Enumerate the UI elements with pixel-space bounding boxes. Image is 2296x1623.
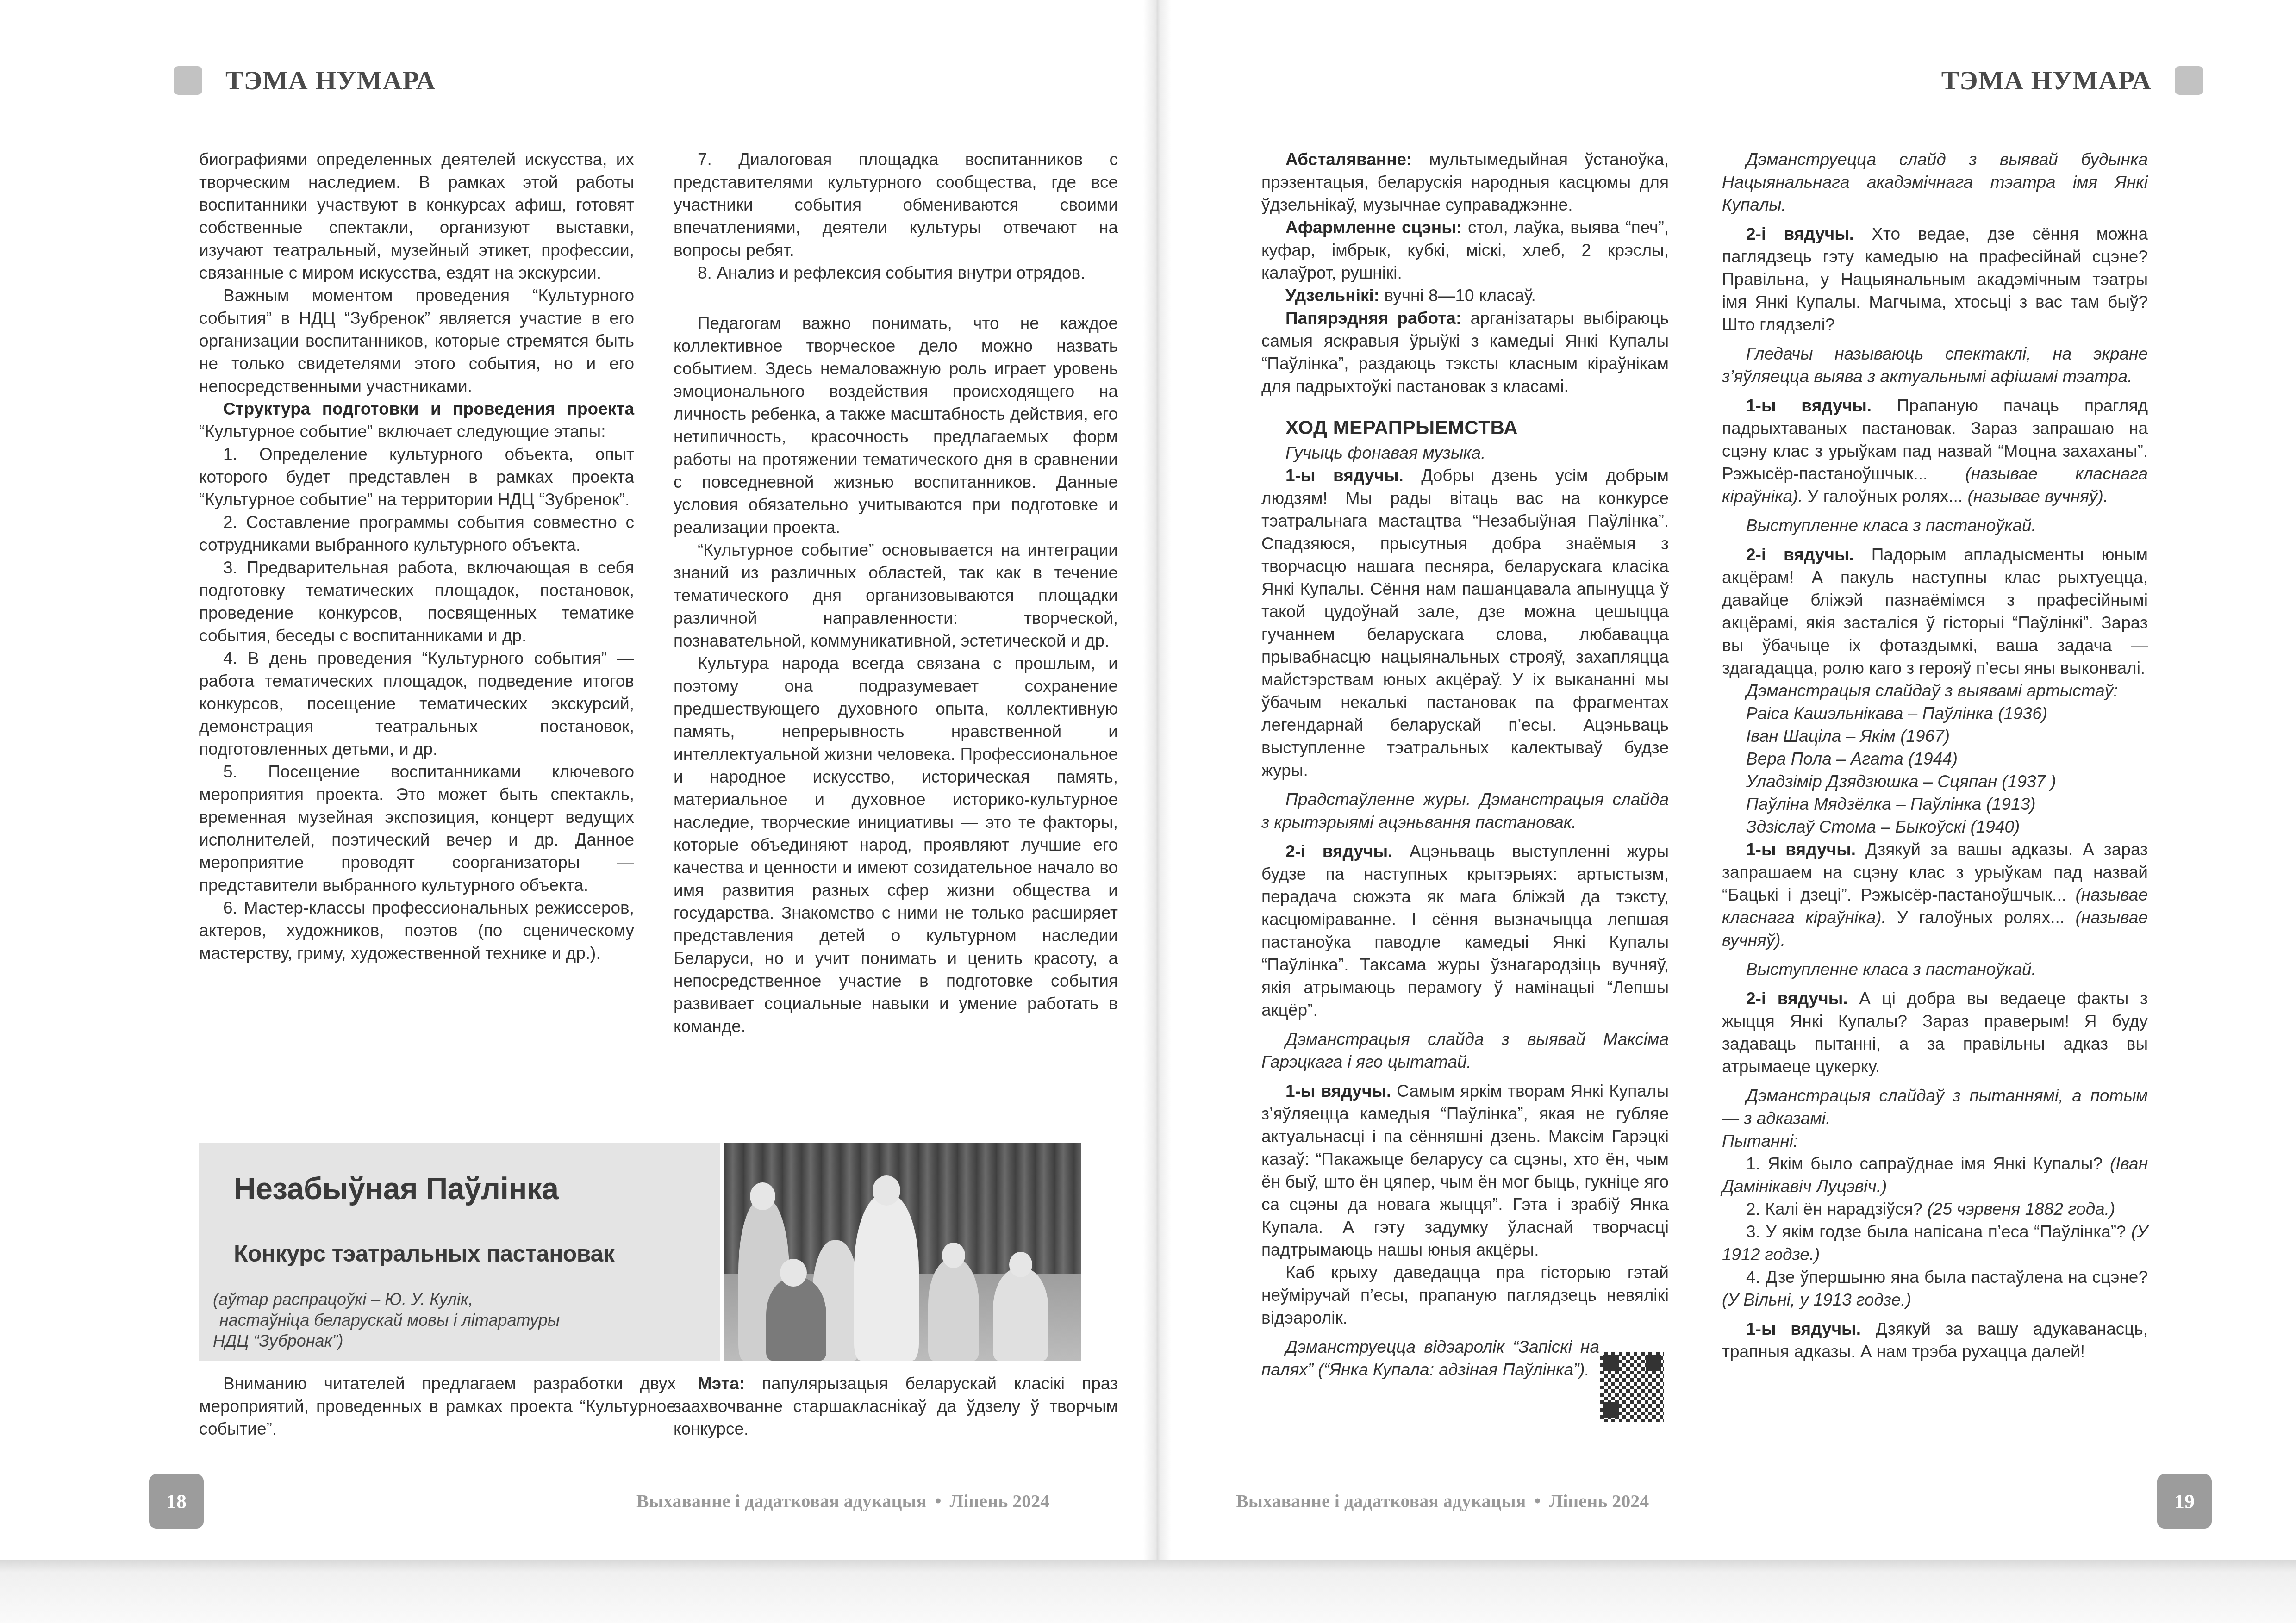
bold-lead: Структура подготовки и проведения проект…: [223, 399, 634, 418]
article-title: Незабыўная Паўлінка: [234, 1171, 558, 1206]
right-column-2: Дэманструецца слайд з выявай будынка Нац…: [1722, 148, 2148, 1363]
list-item: 2. Составление программы события совмест…: [199, 511, 634, 556]
actor-item: Іван Шаціла – Якім (1967): [1722, 725, 2148, 747]
section-tag-icon: [2175, 66, 2203, 95]
actor-item: Уладзімір Дзядзюшка – Сцяпан (1937 ): [1722, 770, 2148, 793]
paragraph: Педагогам важно понимать, что не каждое …: [674, 312, 1118, 539]
journal-footer: Выхаванне і дадатковая адукацыя•Ліпень 2…: [636, 1490, 1049, 1512]
actor-item: Здзіслаў Стома – Быкоўскі (1940): [1722, 815, 2148, 838]
list-item: 5. Посещение воспитанниками ключевого ме…: [199, 760, 634, 896]
page-number: 18: [149, 1474, 204, 1529]
left-column-1: биографиями определенных деятелей искусс…: [199, 148, 634, 964]
list-item: 6. Мастер-классы профессиональных режисс…: [199, 896, 634, 964]
right-column-1: Абсталяванне: мультымедыйная ўстаноўка, …: [1261, 148, 1669, 1381]
paragraph: Важным моментом проведения “Культурного …: [199, 284, 634, 398]
left-column-2: 7. Диалоговая площадка воспитанников с п…: [674, 148, 1118, 1038]
article-author: (аўтар распрацоўкі – Ю. У. Кулік, настаў…: [213, 1289, 560, 1351]
article-subtitle: Конкурс тэатральных пастановак: [234, 1240, 614, 1267]
actor-item: Паўліна Мядзёлка – Паўлінка (1913): [1722, 793, 2148, 815]
list-item: 1. Определение культурного объекта, опыт…: [199, 443, 634, 511]
left-page: ТЭМА НУМАРА биографиями определенных дея…: [0, 0, 1153, 1623]
actor-item: Раіса Кашэльнікава – Паўлінка (1936): [1722, 702, 2148, 725]
journal-footer: Выхаванне і дадатковая адукацыя•Ліпень 2…: [1236, 1490, 1649, 1512]
section-header: ТЭМА НУМАРА: [174, 65, 436, 96]
section-title: ТЭМА НУМАРА: [1941, 65, 2152, 96]
book-spine: [1143, 0, 1171, 1623]
list-item: 8. Анализ и рефлексия события внутри отр…: [674, 261, 1118, 284]
intro-text: Вниманию читателей предлагаем разработки…: [199, 1372, 676, 1440]
question-item: 4. Дзе ўпершыню яна была пастаўлена на с…: [1722, 1266, 2148, 1311]
section-heading: ХОД МЕРАПРЫЕМСТВА: [1285, 416, 1669, 439]
paragraph: “Культурное событие” основывается на инт…: [674, 539, 1118, 652]
list-item: 4. В день проведения “Культурного событи…: [199, 647, 634, 760]
question-item: 2. Калі ён нарадзіўся? (25 чэрвеня 1882 …: [1722, 1198, 2148, 1220]
paragraph: Структура подготовки и проведения проект…: [199, 398, 634, 443]
page-number: 19: [2157, 1474, 2212, 1529]
goal-label: Мэта:: [698, 1374, 745, 1393]
actor-item: Вера Пола – Агата (1944): [1722, 747, 2148, 770]
qr-code[interactable]: [1599, 1351, 1665, 1423]
theatre-performance-photo: [724, 1143, 1081, 1361]
article-title-box: Незабыўная Паўлінка Конкурс тэатральных …: [199, 1143, 720, 1361]
section-title: ТЭМА НУМАРА: [225, 65, 436, 96]
paragraph: Культура народа всегда связана с прошлым…: [674, 652, 1118, 1038]
page-bottom-edge: [0, 1560, 2296, 1623]
paragraph: биографиями определенных деятелей искусс…: [199, 148, 634, 284]
goal-text: Мэта: папулярызацыя беларускай класікі п…: [674, 1372, 1118, 1440]
question-item: 1. Якім было сапраўднае імя Янкі Купалы?…: [1722, 1152, 2148, 1198]
list-item: 3. Предварительная работа, включающая в …: [199, 556, 634, 647]
question-item: 3. У якім годзе была напісана п’еса “Паў…: [1722, 1220, 2148, 1266]
section-tag-icon: [174, 66, 202, 95]
list-item: 7. Диалоговая площадка воспитанников с п…: [674, 148, 1118, 261]
section-header: ТЭМА НУМАРА: [1941, 65, 2203, 96]
